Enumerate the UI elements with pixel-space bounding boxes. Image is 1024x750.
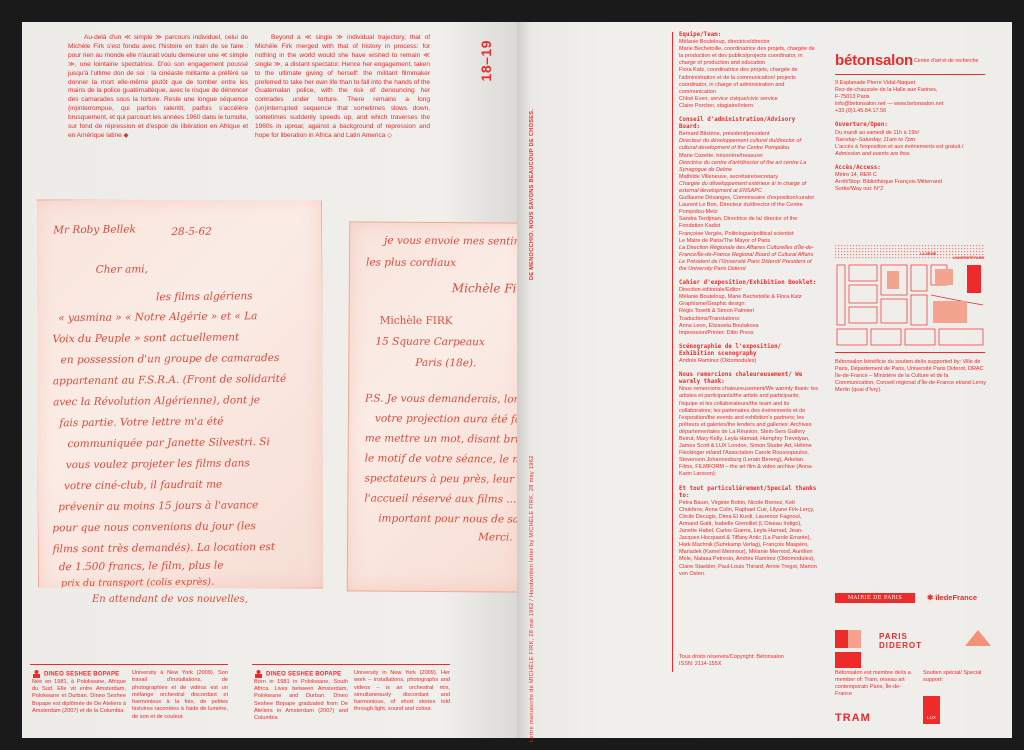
paris-diderot-logo: PARIS DIDEROT: [879, 632, 939, 650]
letter-recipient: Mr Roby Bellek: [53, 223, 136, 236]
bio-text: Born in 1981 in Polokwane, South Africa.…: [254, 679, 348, 723]
credit-line: Mathilde Villeneuve, secrétaire/secretar…: [679, 174, 819, 181]
mairie-de-paris-logo: MAIRIE DE PARIS: [835, 593, 915, 603]
access-line: Sortie/Way out: N°2: [835, 186, 987, 193]
ile-de-france-logo: ✱ îledeFrance: [927, 593, 977, 602]
letter-line: Cher ami,: [96, 263, 148, 276]
sender-city: Paris (18e).: [415, 357, 476, 369]
letter-line: Merci.: [478, 531, 513, 543]
letter-line: fais partie. Votre lettre m'a été: [59, 416, 223, 430]
bio-rule-fr: [30, 664, 228, 665]
credit-line: Le Président de l'Université Paris Dider…: [679, 259, 819, 273]
location-map: LA SEINE UNIVERSITÉ PARIS: [835, 245, 985, 347]
bio-en-col2: University in New York (2009). Her work …: [354, 670, 450, 714]
handwritten-letter-page-2: je vous envoie mes sentiments les plus c…: [347, 221, 525, 592]
opening-line: Tuesday–Saturday, 11am to 7pm: [835, 137, 987, 144]
issn-text: ISSN: 2114-155X: [679, 661, 819, 668]
republique-francaise-logo: [835, 630, 861, 648]
letter-line: votre ciné-club, il faudrait me: [64, 479, 222, 493]
letter-line: appartenant au F.S.R.A. (Front de solida…: [53, 373, 286, 387]
letter-line: communiquée par Janette Silvestri. Si: [67, 436, 269, 450]
credit-line: Impression/Printer: Ditto Press: [679, 330, 819, 337]
credit-line: Laurent Le Bon, Directeur du/director of…: [679, 202, 819, 216]
right-page: DE MENOCCHIO. NOUS SAVONS BEAUCOUP DE CH…: [517, 22, 1012, 738]
tram-logo: TRAM: [835, 712, 871, 724]
letter-line: important pour nous de savoir: [378, 513, 540, 526]
credit-line: Directeur du développement culturel du/d…: [679, 138, 819, 152]
letter-line: les plus cordiaux: [366, 257, 456, 270]
credit-line: Le Maire de Paris/The Mayor of Paris: [679, 238, 819, 245]
handwritten-letter-page-1: Mr Roby Bellek 28-5-62 Cher ami, les fil…: [34, 197, 326, 592]
map-university-label: UNIVERSITÉ PARIS 7: [953, 255, 985, 260]
credit-line: Flora Katz, coordinatrice des projets, c…: [679, 67, 819, 95]
bio-text: University in New York (2009). Her work …: [354, 670, 450, 714]
contact-links[interactable]: info@betonsalon.net — www.betonsalon.net: [835, 101, 987, 108]
bio-en-col1: DINEO SESHEE BOPAPE Born in 1981 in Polo…: [254, 670, 348, 723]
credit-line: Sandra Terdjman, Directrice de la/ direc…: [679, 216, 819, 230]
opening-heading: Ouverture/Open:: [835, 122, 987, 129]
credit-line: Bernard Blistène, président/president: [679, 131, 819, 138]
address-line: F-75013 Paris: [835, 94, 987, 101]
letter-line: de 1.500 francs, le film, plus le: [59, 560, 224, 574]
brand-rule: [835, 74, 985, 75]
special-support-text: Soutien spécial/ Special support:: [923, 670, 983, 684]
address-line: Rez-de-chaussée de la Halle aux Farines,: [835, 87, 987, 94]
brand-logo: bétonsalon: [835, 52, 913, 69]
credit-line: Anna Leon, Elizaveta Boutakova: [679, 323, 819, 330]
artist-icon: [254, 670, 263, 678]
letter-line: prévenir au moins 15 jours à l'avance: [58, 499, 258, 513]
letter-line: en possession d'un groupe de camarades: [61, 352, 280, 366]
support-text: Bétonsalon bénéficie du soutien de/is su…: [835, 359, 987, 394]
letter-date: 28-5-62: [171, 226, 212, 238]
credit-line: La Direction Régionale des Affaires Cult…: [679, 245, 819, 259]
bio-rule-en: [252, 664, 450, 665]
letter-closing: En attendant de vos nouvelles,: [92, 594, 248, 605]
credits-divider: [672, 32, 673, 672]
leroy-merlin-logo: [965, 630, 991, 646]
copyright-text: Tous droits réservés/Copyright: Bétonsal…: [679, 654, 819, 661]
letter-line: avec la Révolution Algérienne), dont je: [53, 394, 260, 408]
bio-fr-col2: University à New York (2009). Son travai…: [132, 670, 228, 721]
credit-line: Claire Porcher, stagiaire/intern: [679, 103, 819, 110]
team-heading: Equipe/Team:: [679, 32, 819, 39]
thanks-heading: Nous remercions chaleureusement/ We warm…: [679, 372, 819, 386]
credit-line: Mélanie Bouteloup, Marie Bechetoille & F…: [679, 294, 819, 301]
bio-artist-name: DINEO SESHEE BOPAPE: [266, 672, 341, 678]
sender-name: Michèle FIRK: [380, 315, 453, 328]
bio-artist-name: DINEO SESHEE BOPAPE: [44, 672, 119, 678]
letter-line: pour que nous convenions du jour (les: [52, 520, 256, 534]
left-page: Au-delà d'un ≪ simple ≫ parcours individ…: [22, 22, 517, 738]
opening-line: L'accès à l'exposition et aux événements…: [835, 144, 987, 151]
bio-text: Née en 1981, à Polokwane, Afrique du Sud…: [32, 679, 126, 715]
sender-street: 15 Square Carpeaux: [375, 336, 484, 349]
phone-number: +33.(0)1.45.84.17.56: [835, 108, 987, 115]
letter-line: vous voulez projeter les films dans: [66, 457, 250, 471]
booklet-heading: Cahier d'exposition/Exhibition Booklet:: [679, 280, 819, 287]
credit-line: Marie Bechetoille, coordinatrice des pro…: [679, 46, 819, 67]
letter-line: films sont très demandés). La location e…: [53, 541, 276, 555]
address-line: 9 Esplanade Pierre Vidal-Naquet: [835, 80, 987, 87]
intro-text-fr: Au-delà d'un ≪ simple ≫ parcours individ…: [68, 34, 248, 141]
artist-icon: [32, 670, 41, 678]
board-heading: Conseil d'administration/Advisory Board:: [679, 117, 819, 131]
scenography-heading: Scénographie de l'exposition/ Exhibition…: [679, 344, 819, 358]
credit-line: Marie Cozette, trésorière/treasurer: [679, 153, 819, 160]
venue-info: 9 Esplanade Pierre Vidal-Naquet Rez-de-c…: [835, 80, 987, 193]
credit-line: Mélanie Bouteloup, directrice/director: [679, 39, 819, 46]
opening-line: Admission and events are free.: [835, 151, 987, 158]
booklet-spread: Au-delà d'un ≪ simple ≫ parcours individ…: [22, 22, 1012, 738]
support-rule: [835, 352, 985, 353]
credit-line: Chloé Even, service civique/civic servic…: [679, 96, 819, 103]
membership-text: Bétonsalon est membre de/is a member of:…: [835, 670, 915, 698]
credit-line: Directrice du centre d'art/director of t…: [679, 160, 819, 174]
letter-line: Voix du Peuple » sont actuellement: [52, 331, 239, 345]
letter-line: les films algériens: [156, 290, 253, 303]
credits-column: Equipe/Team: Mélanie Bouteloup, directri…: [679, 32, 819, 578]
access-heading: Accès/Access:: [835, 165, 987, 172]
intro-paragraph-fr: Au-delà d'un ≪ simple ≫ parcours individ…: [68, 34, 248, 141]
lux-logo: LUX: [923, 696, 940, 724]
map-river-label: LA SEINE: [920, 252, 937, 256]
copyright-block: Tous droits réservés/Copyright: Bétonsal…: [679, 654, 819, 668]
credit-line: Françoise Vergès, Politologue/political …: [679, 231, 819, 238]
intro-paragraph-en: Beyond a ≪ single ≫ individual trajector…: [255, 34, 430, 141]
credit-line: Guillaume Désanges, Commissaire d'exposi…: [679, 195, 819, 202]
spine-caption: DE MENOCCHIO. NOUS SAVONS BEAUCOUP DE CH…: [529, 70, 535, 280]
credit-line: Régis Tosetti & Simon Palmieri: [679, 308, 819, 315]
ministere-culture-logo: [835, 652, 861, 668]
bio-text: University à New York (2009). Son travai…: [132, 670, 228, 721]
credit-line: Petra Bauer, Virginie Bobin, Nicole Bren…: [679, 500, 819, 578]
credit-line: Graphisme/Graphic design:: [679, 301, 819, 308]
special-thanks-heading: Et tout particulièrement/Special thanks …: [679, 486, 819, 500]
credit-line: Direction éditoriale/Editor:: [679, 287, 819, 294]
credit-line: Chargée du développement extérieur à/ in…: [679, 181, 819, 195]
letter-caption: Lettre manuscrite de MICHÈLE FIRK, 28 ma…: [529, 462, 535, 742]
page-number: 18–19: [478, 40, 494, 81]
access-line: Arrêt/Stop: Bibliothèque François Mitter…: [835, 179, 987, 186]
brand-subtitle: Centre d'art et de recherche: [914, 58, 978, 64]
credit-line: Traductions/Translations:: [679, 316, 819, 323]
bio-fr-col1: DINEO SESHEE BOPAPE Née en 1981, à Polok…: [32, 670, 126, 715]
letter-line: prix du transport (colis exprès).: [61, 577, 214, 590]
opening-line: Du mardi au samedi de 11h à 19h/: [835, 130, 987, 137]
letter-line: « yasmina » « Notre Algérie » et « La: [58, 310, 257, 324]
credit-line: Andrés Ramírez (Oktomodules): [679, 358, 819, 365]
access-line: Métro 14, RER C: [835, 172, 987, 179]
credit-line: Nous remercions chaleureusement/We warml…: [679, 386, 819, 478]
intro-text-en: Beyond a ≪ single ≫ individual trajector…: [255, 34, 430, 141]
